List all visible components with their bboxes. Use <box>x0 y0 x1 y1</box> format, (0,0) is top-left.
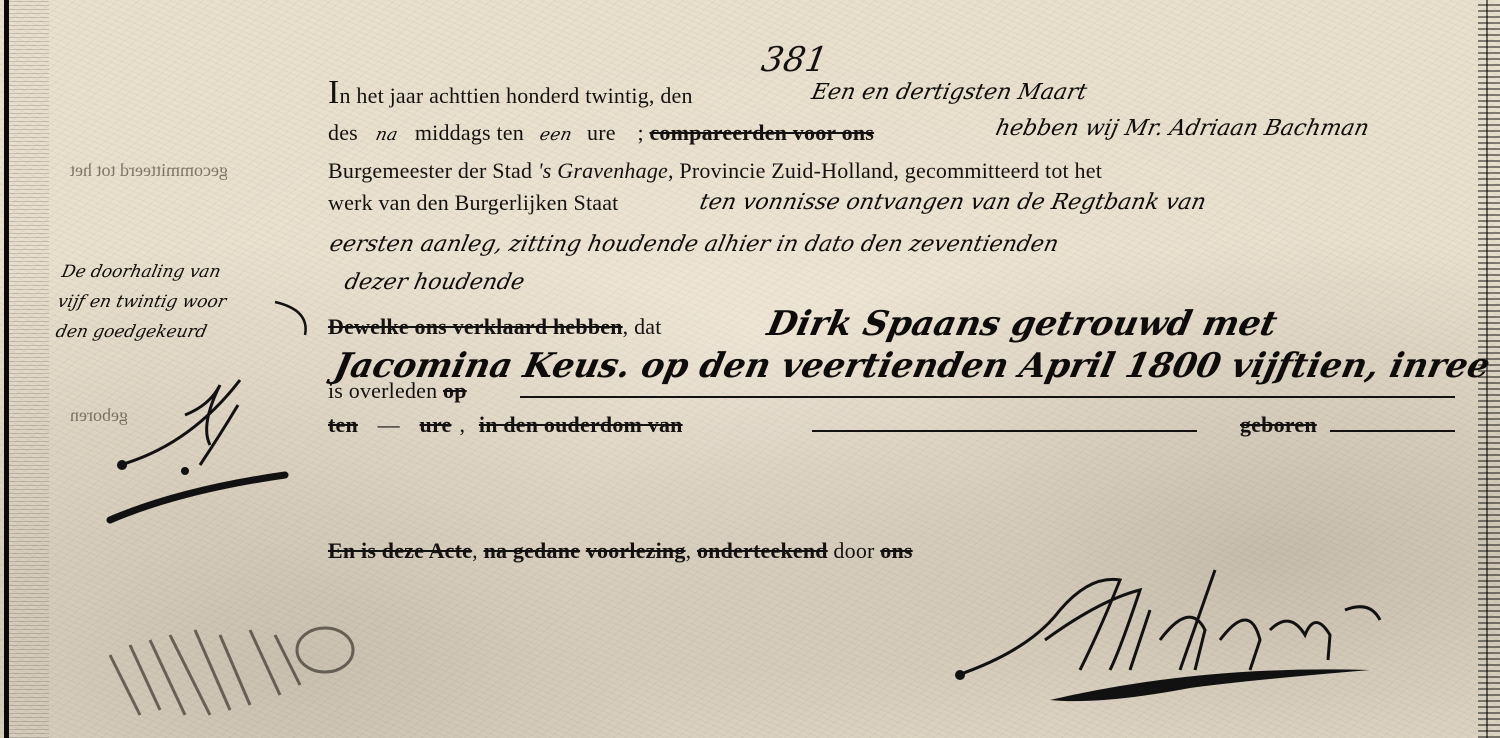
printed-text: Burgemeester der Stad <box>328 158 532 183</box>
struck-text: in den ouderdom van <box>479 412 683 437</box>
line-11: En is deze Acte, na gedane voorlezing, o… <box>328 538 913 564</box>
line-3: Burgemeester der Stad 's Gravenhage, Pro… <box>328 158 1102 184</box>
dash: — <box>378 412 400 437</box>
line-10: ten — ure, in den ouderdom van <box>328 412 683 438</box>
handwritten-continuation: dezer houdende <box>342 270 527 295</box>
struck-text: compareerden voor ons <box>649 120 874 145</box>
margin-note-line: den goedgekeurd <box>54 322 209 342</box>
handwritten-hour: een <box>538 125 574 145</box>
line-1: In het jaar achttien honderd twintig, de… <box>328 76 693 110</box>
signature-bachman <box>950 570 1390 720</box>
struck-text: ons <box>880 538 912 563</box>
punctuation: , <box>472 538 478 563</box>
margin-initials-paraph <box>100 375 260 525</box>
handwritten-session: eersten aanleg, zitting houdende alhier … <box>327 232 1060 257</box>
ink-smudge <box>100 615 400 735</box>
handwritten-deceased: Dirk Spaans getrouwd met <box>764 304 1281 344</box>
scan-noise <box>9 0 49 738</box>
struck-text: En is deze Acte <box>328 538 472 563</box>
printed-text: des <box>328 120 358 145</box>
printed-text: n het jaar achttien honderd twintig, den <box>340 83 693 108</box>
margin-note-line: vijf en twintig woor <box>56 292 228 312</box>
struck-text: voorlezing <box>586 538 686 563</box>
printed-text: werk van den Burgerlijken Staat <box>328 190 619 215</box>
document-page: gecommitteerd tot het geboren 381 In het… <box>0 0 1500 738</box>
handwritten-spouse: Jacomina Keus. op den veertienden April … <box>331 346 1494 386</box>
line-10-geboren: geboren <box>1240 412 1317 438</box>
handwritten-court: ten vonnisse ontvangen van de Regtbank v… <box>697 190 1208 215</box>
page-number: 381 <box>758 40 830 80</box>
punctuation: ; <box>637 120 643 145</box>
struck-text: geboren <box>1240 412 1317 437</box>
line-7: Dewelke ons verklaard hebben, dat <box>328 314 662 340</box>
struck-text: Dewelke ons verklaard hebben <box>328 314 623 339</box>
fill-in-rule <box>1330 430 1455 432</box>
handwritten-na: na <box>374 125 400 145</box>
line-9: is overleden op <box>328 378 467 404</box>
printed-text: middags ten <box>415 120 524 145</box>
fill-in-rule <box>812 430 1197 432</box>
city-name: 's Gravenhage <box>538 158 668 183</box>
line-2: des na middags ten een ure ; compareerde… <box>328 120 874 146</box>
struck-text: ure <box>420 412 452 437</box>
punctuation: , <box>686 538 692 563</box>
printed-text: door <box>833 538 874 563</box>
printed-text: ure <box>587 120 616 145</box>
handwritten-official: hebben wij Mr. Adriaan Bachman <box>993 116 1371 141</box>
struck-text: onderteekend <box>697 538 828 563</box>
struck-text: op <box>443 378 467 403</box>
printed-text: is overleden <box>328 378 437 403</box>
punctuation: , <box>460 412 466 437</box>
printed-text: , dat <box>623 314 662 339</box>
printed-text: , Provincie Zuid-Holland, gecommitteerd … <box>668 158 1102 183</box>
fill-in-rule <box>520 396 1455 398</box>
margin-bracket <box>270 300 330 340</box>
struck-text: ten <box>328 412 358 437</box>
drop-initial: I <box>328 74 340 111</box>
line-4: werk van den Burgerlijken Staat <box>328 190 619 216</box>
bleed-through-text: gecommitteerd tot het <box>70 160 228 181</box>
handwritten-date: Een en dertigsten Maart <box>809 80 1089 105</box>
struck-text: na gedane <box>484 538 581 563</box>
margin-note-line: De doorhaling van <box>60 262 223 282</box>
